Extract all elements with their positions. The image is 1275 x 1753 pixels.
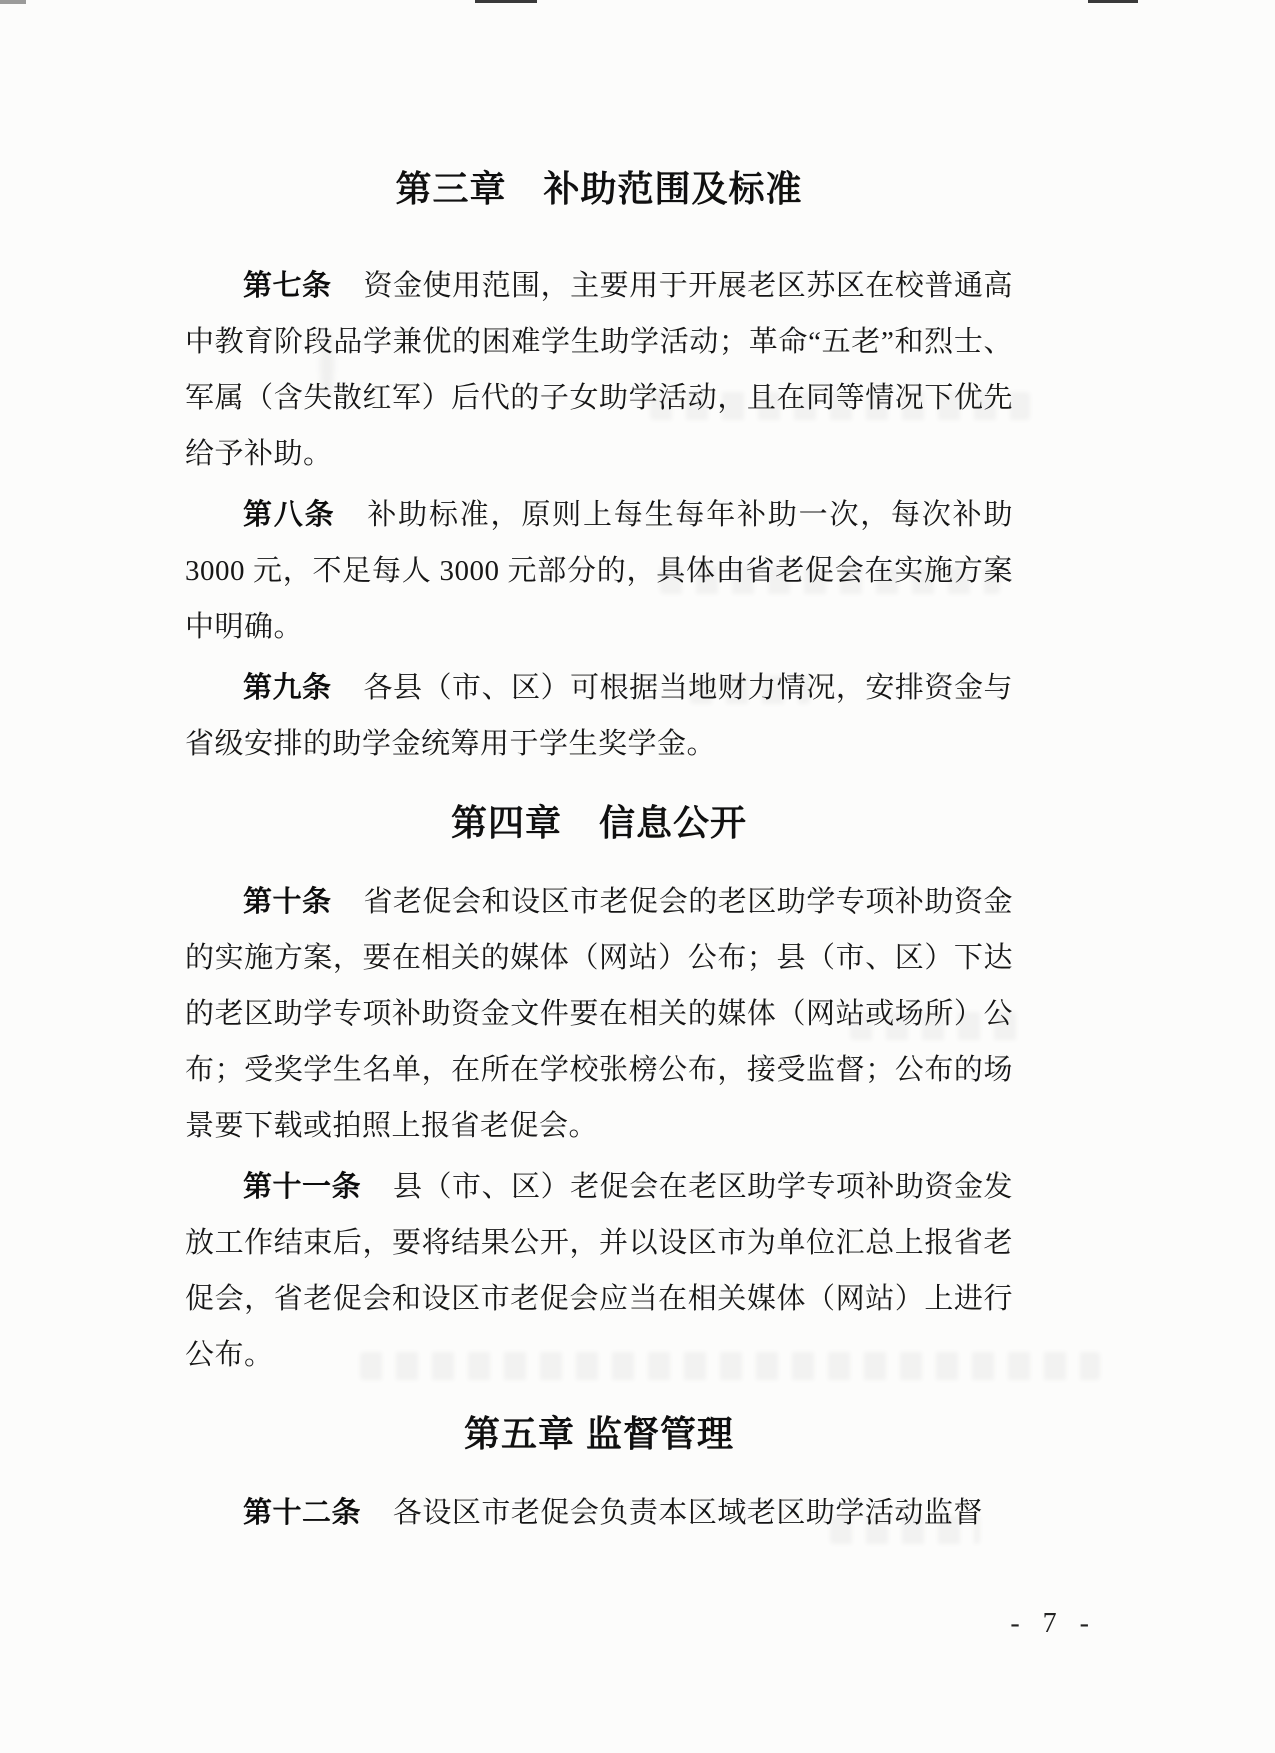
article-12: 第十二条各设区市老促会负责本区域老区助学活动监督 — [185, 1485, 1013, 1541]
scan-edge-artifact — [1088, 0, 1138, 3]
article-10-label: 第十条 — [243, 886, 332, 918]
scan-edge-artifact — [0, 0, 26, 4]
page-number: - 7 - — [1010, 1608, 1097, 1640]
article-10: 第十条省老促会和设区市老促会的老区助学专项补助资金的实施方案，要在相关的媒体（网… — [185, 874, 1013, 1154]
article-7: 第七条资金使用范围，主要用于开展老区苏区在校普通高中教育阶段品学兼优的困难学生助… — [185, 258, 1013, 482]
chapter-5-heading: 第五章 监督管理 — [185, 1405, 1013, 1463]
article-12-label: 第十二条 — [243, 1497, 361, 1529]
article-9: 第九条各县（市、区）可根据当地财力情况，安排资金与省级安排的助学金统筹用于学生奖… — [185, 660, 1013, 772]
article-11-label: 第十一条 — [243, 1171, 361, 1203]
scanned-document-page: 第三章 补助范围及标准 第七条资金使用范围，主要用于开展老区苏区在校普通高中教育… — [0, 0, 1275, 1753]
scan-edge-artifact — [475, 0, 537, 3]
article-8: 第八条补助标准，原则上每生每年补助一次，每次补助 3000 元，不足每人 300… — [185, 487, 1013, 655]
chapter-4-heading: 第四章 信息公开 — [185, 794, 1013, 852]
article-12-text: 各设区市老促会负责本区域老区助学活动监督 — [393, 1497, 983, 1529]
document-content: 第三章 补助范围及标准 第七条资金使用范围，主要用于开展老区苏区在校普通高中教育… — [185, 160, 1013, 1546]
article-11: 第十一条县（市、区）老促会在老区助学专项补助资金发放工作结束后，要将结果公开，并… — [185, 1159, 1013, 1383]
article-10-text: 省老促会和设区市老促会的老区助学专项补助资金的实施方案，要在相关的媒体（网站）公… — [185, 886, 1013, 1142]
article-7-label: 第七条 — [243, 270, 332, 302]
article-9-label: 第九条 — [243, 672, 332, 704]
chapter-3-heading: 第三章 补助范围及标准 — [185, 160, 1013, 218]
article-8-label: 第八条 — [243, 499, 335, 531]
